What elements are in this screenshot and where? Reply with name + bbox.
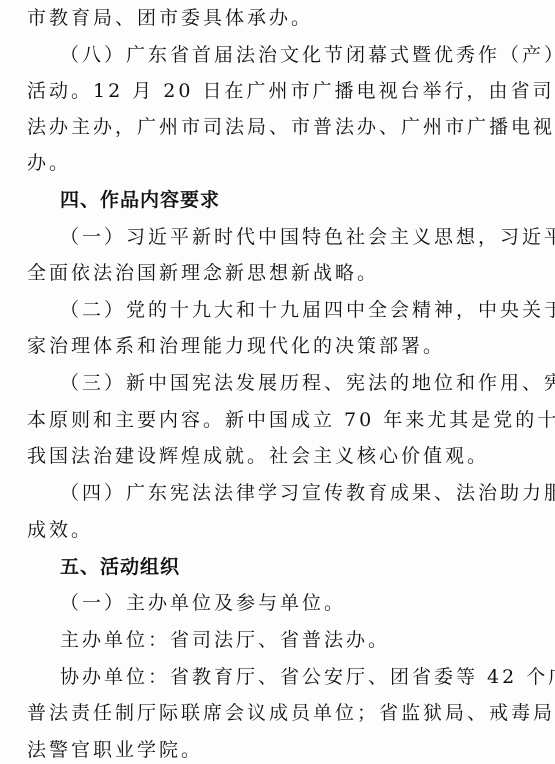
section-heading-5: 五、活动组织 (60, 555, 530, 579)
item-4-line-1: （四）广东宪法法律学习宣传教育成果、法治助力服务大局 (60, 481, 530, 505)
paragraph-8-line-3: 法办主办，广州市司法局、市普法办、广州市广播电视台具体承 (27, 115, 497, 139)
item-2-line-2: 家治理体系和治理能力现代化的决策部署。 (27, 334, 497, 358)
item-3-line-3: 我国法治建设辉煌成就。社会主义核心价值观。 (27, 444, 497, 468)
item-3-line-1: （三）新中国宪法发展历程、宪法的地位和作用、宪法的基 (60, 371, 530, 395)
co-host-units-line-3: 法警官职业学院。 (27, 738, 497, 762)
paragraph-8-line-4: 办。 (27, 151, 497, 175)
item-1-line-1: （一）习近平新时代中国特色社会主义思想，习近平总书记 (60, 225, 530, 249)
paragraph-8-line-1: （八）广东省首届法治文化节闭幕式暨优秀作（产）品颁奖 (60, 43, 530, 67)
section-heading-4: 四、作品内容要求 (60, 188, 530, 212)
host-units: 主办单位：省司法厅、省普法办。 (60, 628, 530, 652)
text-line: 市教育局、团市委具体承办。 (27, 6, 497, 30)
co-host-units-line-2: 普法责任制厅际联席会议成员单位；省监狱局、戒毒局，广东司 (27, 701, 497, 725)
paragraph-8-line-2: 活动。12 月 20 日在广州市广播电视台举行，由省司法厅、省普 (27, 79, 497, 103)
item-3-line-2: 本原则和主要内容。新中国成立 70 年来尤其是党的十八大以来 (27, 408, 497, 432)
subsection-1: （一）主办单位及参与单位。 (60, 591, 530, 615)
document-page: 市教育局、团市委具体承办。 （八）广东省首届法治文化节闭幕式暨优秀作（产）品颁奖… (0, 0, 555, 764)
item-1-line-2: 全面依法治国新理念新思想新战略。 (27, 261, 497, 285)
co-host-units-line-1: 协办单位：省教育厅、省公安厅、团省委等 42 个广东省落实 (60, 665, 530, 689)
item-4-line-2: 成效。 (27, 518, 497, 542)
item-2-line-1: （二）党的十九大和十九届四中全会精神，中央关于推进国 (60, 298, 530, 322)
